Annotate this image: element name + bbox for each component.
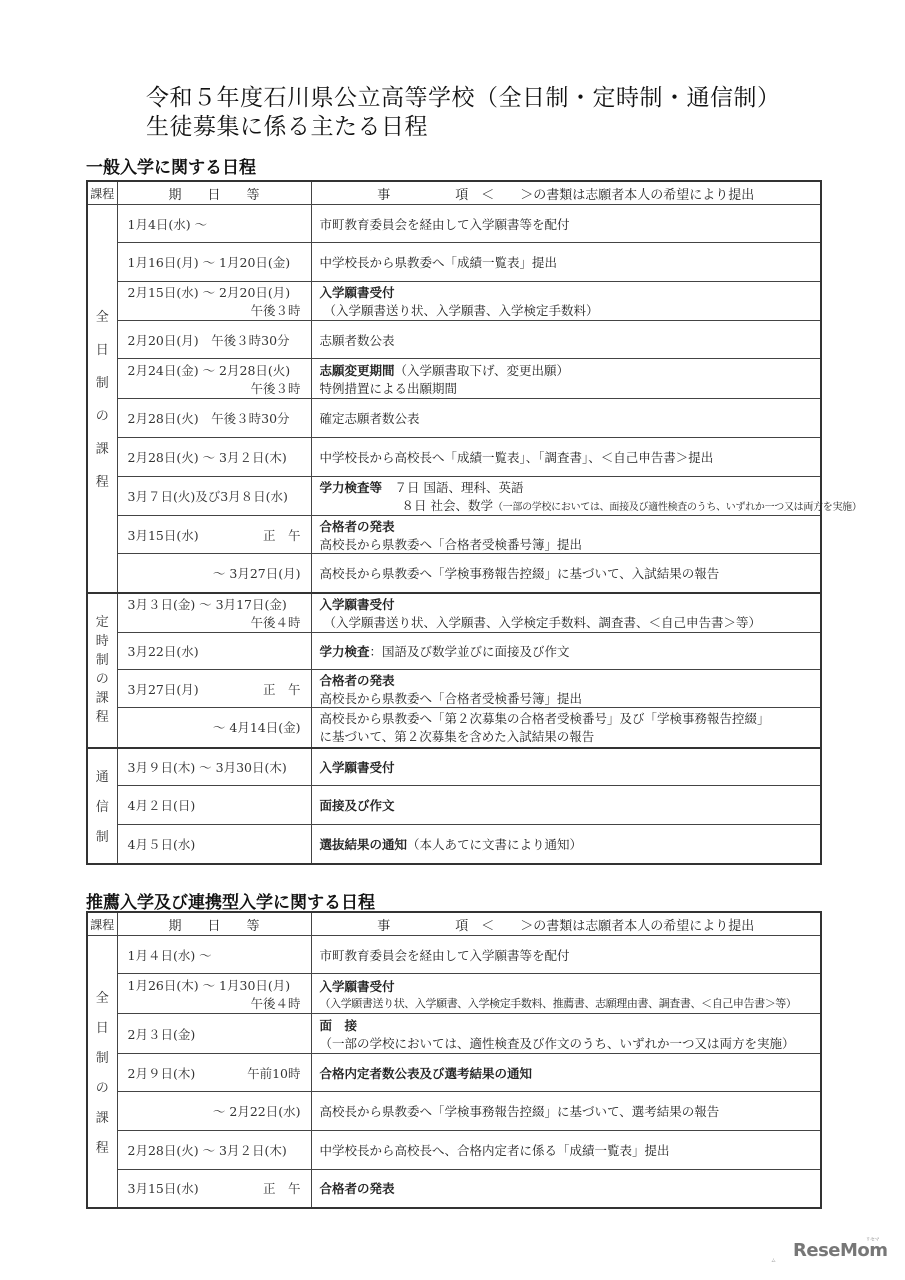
header-course: 課程 <box>87 912 117 936</box>
date-cell: 3月３日(金) ～ 3月17日(金) 午後４時 <box>117 593 311 633</box>
course-label-zennichi: 全 日 制 の 課 程 <box>87 205 117 593</box>
date-cell: 4月５日(水) <box>117 825 311 864</box>
item-cell: 志願変更期間（入学願書取下げ、変更出願） 特例措置による出願期間 <box>311 359 821 399</box>
table-row: 2月15日(水) ～ 2月20日(月) 午後３時 入学願書受付 （入学願書送り状… <box>87 282 821 321</box>
item-cell: 高校長から県教委へ「学検事務報告控綴」に基づいて、選考結果の報告 <box>311 1092 821 1131</box>
item-cell: 志願者数公表 <box>311 321 821 359</box>
date-cell: 1月4日(水) ～ <box>117 205 311 243</box>
header-item: 事 項 ＜ ＞の書類は志願者本人の希望により提出 <box>311 912 821 936</box>
table-row: 2月９日(木)午前10時 合格内定者数公表及び選考結果の通知 <box>87 1054 821 1092</box>
item-cell: 入学願書受付 （入学願書送り状、入学願書、入学検定手数料、調査書、＜自己申告書＞… <box>311 593 821 633</box>
item-cell: 高校長から県教委へ「学検事務報告控綴」に基づいて、入試結果の報告 <box>311 554 821 593</box>
item-cell: 学力検査等 ７日 国語、理科、英語 ８日 社会、数学（一部の学校においては、面接… <box>311 477 821 516</box>
table-row: ～ 4月14日(金) 高校長から県教委へ「第２次募集の合格者受検番号」及び「学検… <box>87 708 821 748</box>
date-cell: 4月２日(日) <box>117 786 311 825</box>
item-cell: 学力検査：国語及び数学並びに面接及び作文 <box>311 633 821 670</box>
table-row: 2月28日(火) ～ 3月２日(木) 中学校長から高校長へ「成績一覧表」、「調査… <box>87 438 821 477</box>
date-cell: 3月15日(水)正 午 <box>117 1170 311 1208</box>
item-cell: 中学校長から県教委へ「成績一覧表」提出 <box>311 243 821 282</box>
course-label-tsushin: 通 信 制 <box>87 748 117 864</box>
date-cell: 1月16日(月) ～ 1月20日(金) <box>117 243 311 282</box>
item-cell: 入学願書受付 （入学願書送り状、入学願書、入学検定手数料） <box>311 282 821 321</box>
table-row: 3月７日(火)及び3月８日(水) 学力検査等 ７日 国語、理科、英語 ８日 社会… <box>87 477 821 516</box>
date-cell: ～ 2月22日(水) <box>117 1092 311 1131</box>
item-cell: 中学校長から高校長へ、合格内定者に係る「成績一覧表」提出 <box>311 1131 821 1170</box>
item-cell: 入学願書受付 （入学願書送り状、入学願書、入学検定手数料、推薦書、志願理由書、調… <box>311 974 821 1014</box>
item-cell: 中学校長から高校長へ「成績一覧表」、「調査書」、＜自己申告書＞提出 <box>311 438 821 477</box>
item-cell: 高校長から県教委へ「第２次募集の合格者受検番号」及び「学検事務報告控綴」 に基づ… <box>311 708 821 748</box>
header-date: 期 日 等 <box>117 181 311 205</box>
date-cell: ～ 4月14日(金) <box>117 708 311 748</box>
table-header-row: 課程 期 日 等 事 項 ＜ ＞の書類は志願者本人の希望により提出 <box>87 912 821 936</box>
recommend-schedule-table: 課程 期 日 等 事 項 ＜ ＞の書類は志願者本人の希望により提出 全 日 制 … <box>86 911 822 1209</box>
item-cell: 確定志願者数公表 <box>311 399 821 438</box>
table-row: 2月28日(火) ～ 3月２日(木) 中学校長から高校長へ、合格内定者に係る「成… <box>87 1131 821 1170</box>
table-row: 全 日 制 の 課 程 1月４日(水) ～ 市町教育委員会を経由して入学願書等を… <box>87 936 821 974</box>
date-cell: 2月３日(金) <box>117 1014 311 1054</box>
table-row: 3月15日(水)正 午 合格者の発表 高校長から県教委へ「合格者受検番号簿」提出 <box>87 516 821 554</box>
date-cell: 1月26日(木) ～ 1月30日(月) 午後４時 <box>117 974 311 1014</box>
table-row: 4月２日(日) 面接及び作文 <box>87 786 821 825</box>
date-cell: 2月20日(月) 午後３時30分 <box>117 321 311 359</box>
date-cell: 3月22日(水) <box>117 633 311 670</box>
header-course: 課程 <box>87 181 117 205</box>
date-cell: 1月４日(水) ～ <box>117 936 311 974</box>
table-row: 通 信 制 3月９日(木) ～ 3月30日(木) 入学願書受付 <box>87 748 821 786</box>
table-row: 2月20日(月) 午後３時30分 志願者数公表 <box>87 321 821 359</box>
course-label-zennichi: 全 日 制 の 課 程 <box>87 936 117 1208</box>
title-line-2: 生徒募集に係る主たる日程 <box>146 113 781 142</box>
table-row: 2月28日(火) 午後３時30分 確定志願者数公表 <box>87 399 821 438</box>
date-cell: 2月24日(金) ～ 2月28日(火) 午後３時 <box>117 359 311 399</box>
date-cell: 2月15日(水) ～ 2月20日(月) 午後３時 <box>117 282 311 321</box>
item-cell: 合格者の発表 高校長から県教委へ「合格者受検番号簿」提出 <box>311 670 821 708</box>
table-row: 1月26日(木) ～ 1月30日(月) 午後４時 入学願書受付 （入学願書送り状… <box>87 974 821 1014</box>
recommend-section-heading: 推薦入学及び連携型入学に関する日程 <box>86 888 375 913</box>
item-cell: 面 接 （一部の学校においては、適性検査及び作文のうち、いずれか一つ又は両方を実… <box>311 1014 821 1054</box>
item-cell: 入学願書受付 <box>311 748 821 786</box>
resemom-logo: ReseMomリセマム <box>793 1240 905 1280</box>
date-cell: 3月27日(月)正 午 <box>117 670 311 708</box>
item-cell: 市町教育委員会を経由して入学願書等を配付 <box>311 205 821 243</box>
item-cell: 面接及び作文 <box>311 786 821 825</box>
document-title: 令和５年度石川県公立高等学校（全日制・定時制・通信制） 生徒募集に係る主たる日程 <box>146 84 781 142</box>
table-row: 1月16日(月) ～ 1月20日(金) 中学校長から県教委へ「成績一覧表」提出 <box>87 243 821 282</box>
date-cell: 3月７日(火)及び3月８日(水) <box>117 477 311 516</box>
table-row: 3月22日(水) 学力検査：国語及び数学並びに面接及び作文 <box>87 633 821 670</box>
course-label-teiji: 定 時 制 の 課 程 <box>87 593 117 748</box>
table-row: 定 時 制 の 課 程 3月３日(金) ～ 3月17日(金) 午後４時 入学願書… <box>87 593 821 633</box>
general-schedule-table: 課程 期 日 等 事 項 ＜ ＞の書類は志願者本人の希望により提出 全 日 制 … <box>86 180 822 865</box>
item-cell: 合格内定者数公表及び選考結果の通知 <box>311 1054 821 1092</box>
table-row: 3月27日(月)正 午 合格者の発表 高校長から県教委へ「合格者受検番号簿」提出 <box>87 670 821 708</box>
table-row: ～ 3月27日(月) 高校長から県教委へ「学検事務報告控綴」に基づいて、入試結果… <box>87 554 821 593</box>
item-cell: 合格者の発表 高校長から県教委へ「合格者受検番号簿」提出 <box>311 516 821 554</box>
table-row: 3月15日(水)正 午 合格者の発表 <box>87 1170 821 1208</box>
title-line-1: 令和５年度石川県公立高等学校（全日制・定時制・通信制） <box>146 84 781 113</box>
date-cell: 2月28日(火) 午後３時30分 <box>117 399 311 438</box>
date-cell: 3月15日(水)正 午 <box>117 516 311 554</box>
item-cell: 市町教育委員会を経由して入学願書等を配付 <box>311 936 821 974</box>
date-cell: 2月28日(火) ～ 3月２日(木) <box>117 1131 311 1170</box>
header-item: 事 項 ＜ ＞の書類は志願者本人の希望により提出 <box>311 181 821 205</box>
general-section-heading: 一般入学に関する日程 <box>86 153 256 178</box>
table-row: 2月24日(金) ～ 2月28日(火) 午後３時 志願変更期間（入学願書取下げ、… <box>87 359 821 399</box>
date-cell: ～ 3月27日(月) <box>117 554 311 593</box>
date-cell: 2月28日(火) ～ 3月２日(木) <box>117 438 311 477</box>
date-cell: 3月９日(木) ～ 3月30日(木) <box>117 748 311 786</box>
table-row: 2月３日(金) 面 接 （一部の学校においては、適性検査及び作文のうち、いずれか… <box>87 1014 821 1054</box>
date-cell: 2月９日(木)午前10時 <box>117 1054 311 1092</box>
table-row: 4月５日(水) 選抜結果の通知（本人あてに文書により通知） <box>87 825 821 864</box>
header-date: 期 日 等 <box>117 912 311 936</box>
table-row: ～ 2月22日(水) 高校長から県教委へ「学検事務報告控綴」に基づいて、選考結果… <box>87 1092 821 1131</box>
item-cell: 合格者の発表 <box>311 1170 821 1208</box>
item-cell: 選抜結果の通知（本人あてに文書により通知） <box>311 825 821 864</box>
table-header-row: 課程 期 日 等 事 項 ＜ ＞の書類は志願者本人の希望により提出 <box>87 181 821 205</box>
table-row: 全 日 制 の 課 程 1月4日(水) ～ 市町教育委員会を経由して入学願書等を… <box>87 205 821 243</box>
